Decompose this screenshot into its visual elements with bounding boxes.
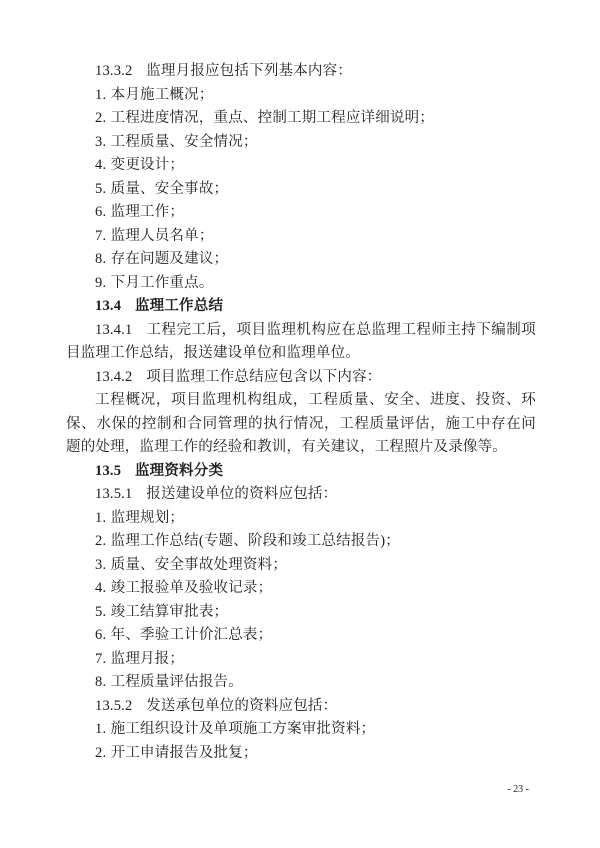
block-text: 质量、安全事故处理资料； <box>111 557 287 573</box>
doc-block-clause: 13.3.2监理月报应包括下列基本内容： <box>66 60 536 84</box>
block-text: 监理规划； <box>111 510 185 526</box>
block-number: 7. <box>95 228 106 244</box>
block-text: 施工组织设计及单项施工方案审批资料； <box>111 721 376 737</box>
doc-block-clause: 13.4.1工程完工后，项目监理机构应在总监理工程师主持下编制项目监理工作总结，… <box>66 319 536 366</box>
doc-block-item: 7.监理人员名单； <box>66 225 536 249</box>
doc-block-item: 2.开工申请报告及批复； <box>66 742 536 766</box>
doc-block-clause: 13.5.1报送建设单位的资料应包括： <box>66 483 536 507</box>
block-number: 13.3.2 <box>95 63 132 79</box>
doc-block-paragraph: 工程概况，项目监理机构组成，工程质量、安全、进度、投资、环保、水保的控制和合同管… <box>66 389 536 460</box>
block-text: 监理人员名单； <box>111 228 214 244</box>
doc-block-item: 3.工程质量、安全情况； <box>66 131 536 155</box>
block-text: 开工申请报告及批复； <box>111 745 258 761</box>
doc-block-item: 4.竣工报验单及验收记录； <box>66 577 536 601</box>
doc-block-item: 6.年、季验工计价汇总表； <box>66 624 536 648</box>
block-number: 3. <box>95 557 106 573</box>
block-text: 竣工报验单及验收记录； <box>111 580 273 596</box>
block-number: 1. <box>95 87 106 103</box>
doc-block-item: 1.施工组织设计及单项施工方案审批资料； <box>66 718 536 742</box>
block-text: 工程进度情况，重点、控制工期工程应详细说明； <box>111 110 434 126</box>
doc-block-item: 9.下月工作重点。 <box>66 272 536 296</box>
block-text: 发送承包单位的资料应包括： <box>146 698 337 714</box>
block-text: 工程质量、安全情况； <box>111 134 258 150</box>
doc-block-clause: 13.5.2发送承包单位的资料应包括： <box>66 695 536 719</box>
doc-block-heading: 13.5监理资料分类 <box>66 460 536 484</box>
doc-block-item: 5.竣工结算审批表； <box>66 601 536 625</box>
block-text: 工程完工后，项目监理机构应在总监理工程师主持下编制项目监理工作总结，报送建设单位… <box>66 322 536 362</box>
block-text: 存在问题及建议； <box>111 251 229 267</box>
doc-block-item: 4.变更设计； <box>66 154 536 178</box>
block-number: 1. <box>95 510 106 526</box>
doc-block-heading: 13.4监理工作总结 <box>66 295 536 319</box>
block-text: 下月工作重点。 <box>111 275 214 291</box>
doc-block-item: 1.监理规划； <box>66 507 536 531</box>
block-text: 年、季验工计价汇总表； <box>111 627 273 643</box>
block-number: 8. <box>95 251 106 267</box>
block-number: 9. <box>95 275 106 291</box>
block-number: 4. <box>95 157 106 173</box>
block-text: 监理工作； <box>111 204 185 220</box>
page-number: - 23 - <box>507 784 529 795</box>
document-page: 13.3.2监理月报应包括下列基本内容：1.本月施工概况；2.工程进度情况，重点… <box>0 0 600 848</box>
block-number: 13.4.2 <box>95 369 132 385</box>
doc-block-item: 3.质量、安全事故处理资料； <box>66 554 536 578</box>
block-number: 7. <box>95 651 106 667</box>
block-number: 5. <box>95 604 106 620</box>
block-text: 报送建设单位的资料应包括： <box>146 486 337 502</box>
document-content: 13.3.2监理月报应包括下列基本内容：1.本月施工概况；2.工程进度情况，重点… <box>66 60 536 765</box>
block-number: 6. <box>95 627 106 643</box>
block-text: 监理月报； <box>111 651 185 667</box>
block-text: 工程质量评估报告。 <box>111 674 243 690</box>
block-number: 6. <box>95 204 106 220</box>
doc-block-item: 6.监理工作； <box>66 201 536 225</box>
block-number: 13.4 <box>95 298 121 314</box>
block-number: 13.4.1 <box>95 322 132 338</box>
block-number: 2. <box>95 533 106 549</box>
doc-block-item: 5.质量、安全事故； <box>66 178 536 202</box>
block-number: 2. <box>95 110 106 126</box>
block-number: 13.5.1 <box>95 486 132 502</box>
block-number: 5. <box>95 181 106 197</box>
block-text: 监理月报应包括下列基本内容： <box>146 63 352 79</box>
block-number: 2. <box>95 745 106 761</box>
block-number: 13.5.2 <box>95 698 132 714</box>
block-number: 8. <box>95 674 106 690</box>
doc-block-item: 8.存在问题及建议； <box>66 248 536 272</box>
doc-block-item: 2.工程进度情况，重点、控制工期工程应详细说明； <box>66 107 536 131</box>
block-number: 13.5 <box>95 463 121 479</box>
doc-block-item: 7.监理月报； <box>66 648 536 672</box>
doc-block-item: 8.工程质量评估报告。 <box>66 671 536 695</box>
block-text: 质量、安全事故； <box>111 181 229 197</box>
block-number: 3. <box>95 134 106 150</box>
block-number: 4. <box>95 580 106 596</box>
page-footer: - 23 - <box>507 784 529 796</box>
doc-block-item: 1.本月施工概况； <box>66 84 536 108</box>
block-text: 监理工作总结 <box>135 298 223 314</box>
block-text: 本月施工概况； <box>111 87 214 103</box>
block-text: 项目监理工作总结应包含以下内容： <box>146 369 381 385</box>
block-number: 1. <box>95 721 106 737</box>
doc-block-clause: 13.4.2项目监理工作总结应包含以下内容： <box>66 366 536 390</box>
block-text: 工程概况，项目监理机构组成，工程质量、安全、进度、投资、环保、水保的控制和合同管… <box>66 392 536 455</box>
block-text: 变更设计； <box>111 157 185 173</box>
block-text: 监理资料分类 <box>135 463 223 479</box>
doc-block-item: 2.监理工作总结(专题、阶段和竣工总结报告)； <box>66 530 536 554</box>
block-text: 监理工作总结(专题、阶段和竣工总结报告)； <box>111 533 400 549</box>
block-text: 竣工结算审批表； <box>111 604 229 620</box>
